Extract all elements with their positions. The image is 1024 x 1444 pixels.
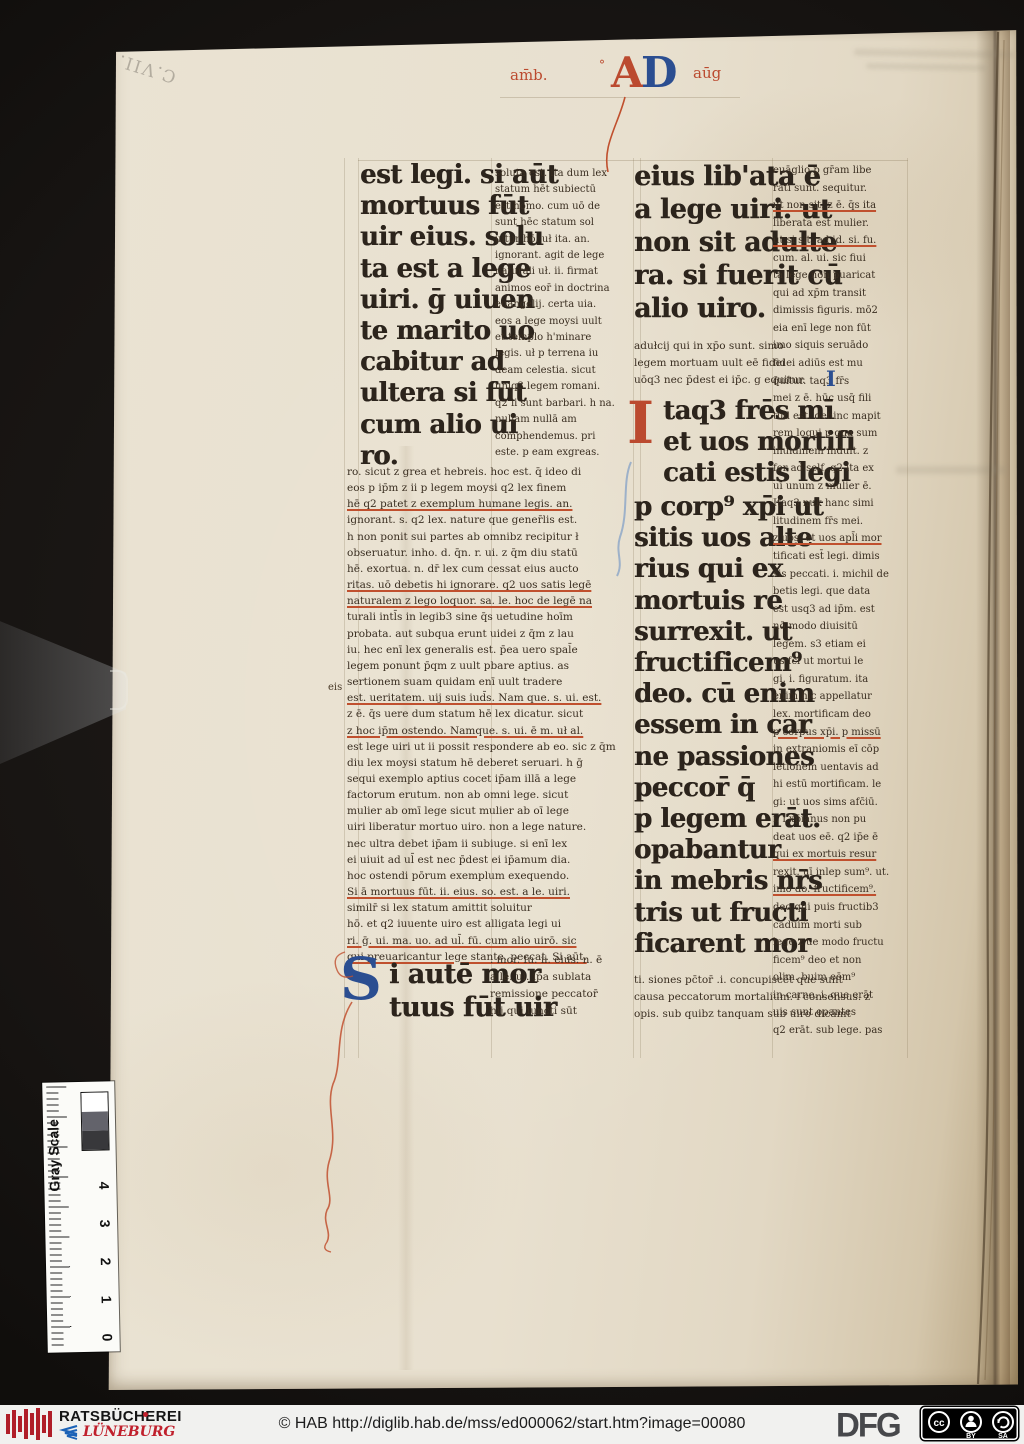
ruler-tick-label: 4 [96,1181,112,1189]
ruler-tick-label: 0 [100,1333,116,1341]
ruler-tick-label: 3 [97,1219,113,1227]
ruler-numbers: 43210 [100,1177,111,1345]
by-person-icon [968,1415,974,1421]
ruler-tick-label: 2 [98,1257,114,1265]
gray-patches [80,1091,109,1151]
sa-label: SA [998,1433,1008,1439]
flourish-overlay [0,0,1024,1444]
ruler-title: Gray Scale [44,1090,69,1220]
footer-bar: RATSBÜCHEREI LÜNEBURG © HAB http://digli… [0,1405,1024,1444]
digitized-manuscript-photo: C.VII. am̄b. ° A D aūg est legi. si aūtm… [0,0,1024,1444]
page-holder-clamp-tip [110,670,128,710]
cc-license-badge: cc BY SA [921,1407,1018,1440]
cc-icon-text: cc [933,1418,945,1429]
gray-patch-mid [82,1111,108,1131]
sa-arrow-icon [998,1417,1008,1427]
ruler-tick-label: 1 [99,1295,115,1303]
gray-patch-white [81,1092,107,1112]
gray-patch-dark [82,1130,108,1150]
cc-by-sa-icons: cc BY SA [924,1409,1016,1439]
dfg-logo: DFG [836,1405,900,1444]
grayscale-ruler: Gray Scale 43210 [42,1081,120,1352]
by-label: BY [966,1433,976,1439]
